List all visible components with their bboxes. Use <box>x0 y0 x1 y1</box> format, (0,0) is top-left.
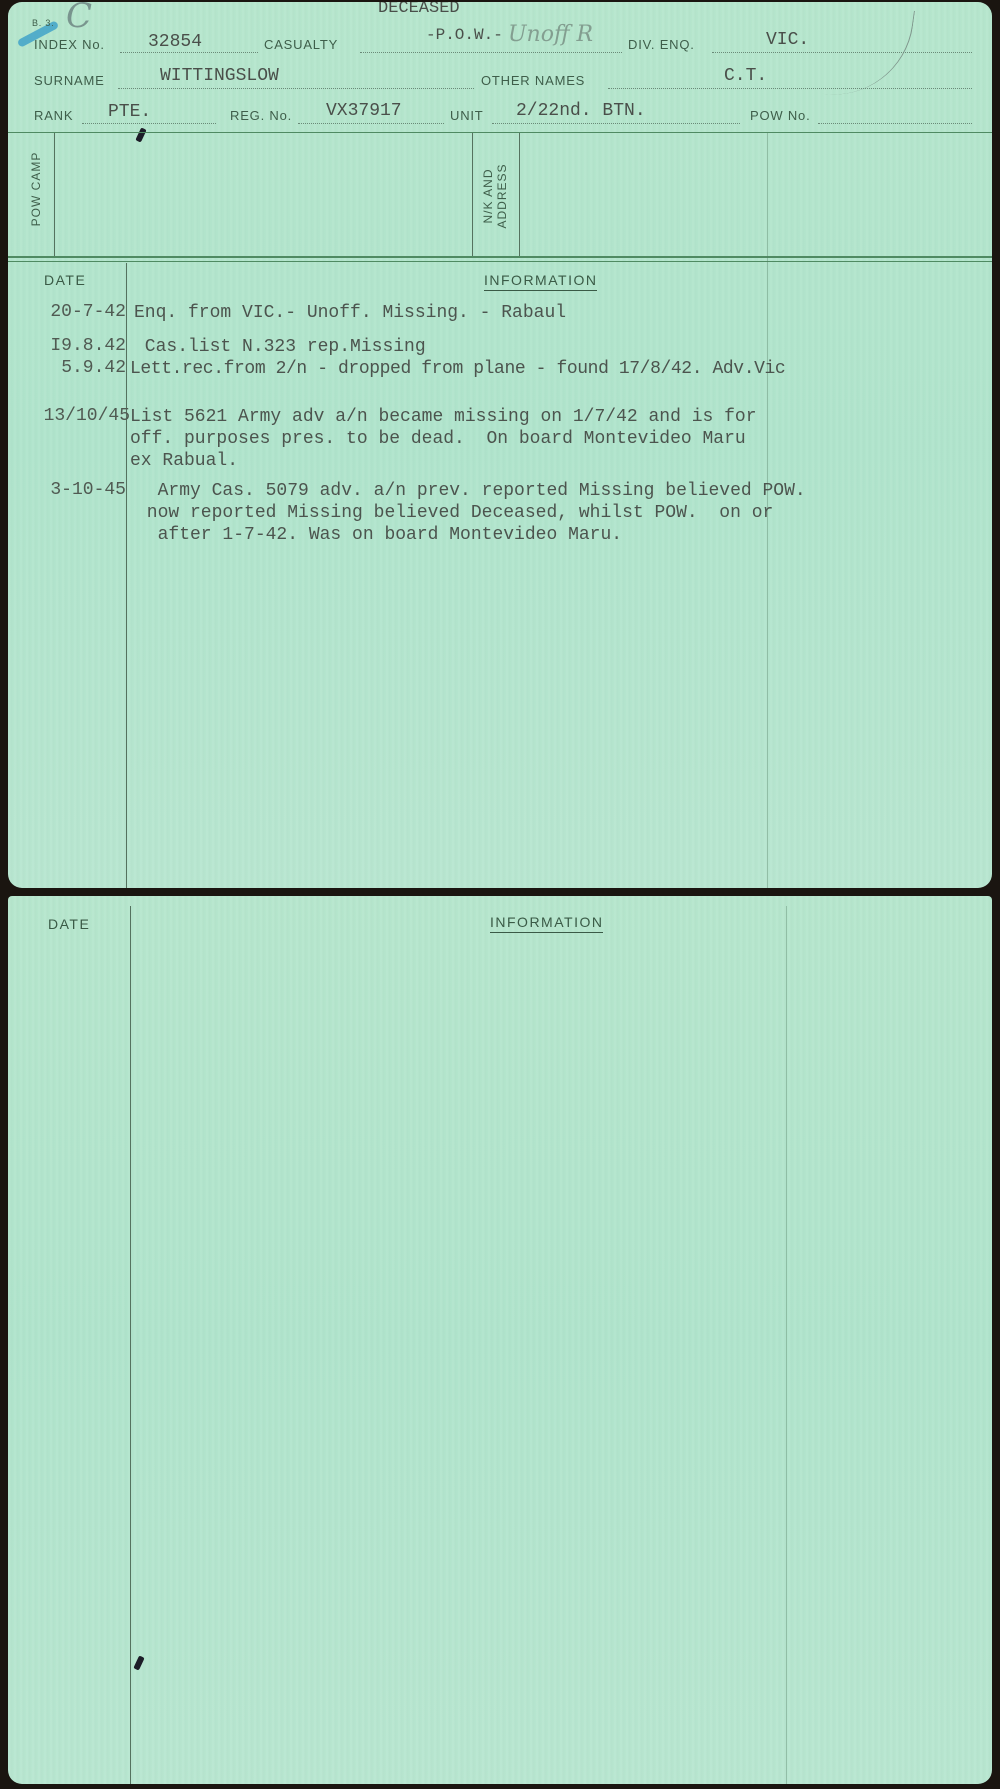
nk-address-label: N/K AND ADDRESS <box>481 151 509 241</box>
unit-line <box>492 123 740 124</box>
casualty-label: CASUALTY <box>264 37 338 52</box>
pow-no-label: POW No. <box>750 108 811 123</box>
pow-camp-label: POW CAMP <box>29 149 43 229</box>
date-column-rule <box>130 906 131 1784</box>
back-date-header: DATE <box>48 916 90 932</box>
table-row: 13/10/45 <box>8 406 126 430</box>
index-no-label: INDEX No. <box>34 37 105 52</box>
table-row: I9.8.42 <box>8 336 126 360</box>
unit-label: UNIT <box>450 108 484 123</box>
staple-mark <box>133 1655 144 1670</box>
surname-label: SURNAME <box>34 73 105 88</box>
nk-address-label-line1: N/K AND <box>481 169 495 224</box>
table-row: 5.9.42 <box>8 358 126 382</box>
rule <box>54 133 55 256</box>
nk-address-label-line2: ADDRESS <box>495 164 509 229</box>
staple-mark <box>135 127 146 142</box>
surname-line <box>118 88 474 89</box>
rank-line <box>82 123 216 124</box>
casualty-value: -P.O.W.- <box>426 26 503 44</box>
index-no-line <box>120 52 258 53</box>
entry-date: 13/10/45 <box>44 406 130 426</box>
entry-text: Army Cas. 5079 adv. a/n prev. reported M… <box>136 480 806 502</box>
div-enq-line <box>712 52 972 53</box>
pencil-curve-mark <box>782 2 915 105</box>
entry-text: Lett.rec.from 2/n - dropped from plane -… <box>130 358 785 380</box>
reg-no-value: VX37917 <box>326 101 402 121</box>
index-no-value: 32854 <box>148 32 202 52</box>
entry-date: 20-7-42 <box>50 302 126 322</box>
surname-value: WITTINGSLOW <box>160 66 279 86</box>
entry-text: Enq. from VIC.- Unoff. Missing. - Rabaul <box>134 302 566 324</box>
pow-no-line <box>818 123 972 124</box>
entry-text: now reported Missing believed Deceased, … <box>136 502 773 524</box>
casualty-pencil-note: Unoff R <box>508 22 593 47</box>
entry-date: 5.9.42 <box>61 358 126 378</box>
date-column-rule <box>126 263 127 888</box>
card-code: B. 3. <box>32 18 55 28</box>
entry-text: off. purposes pres. to be dead. On board… <box>130 428 746 450</box>
rank-label: RANK <box>34 108 73 123</box>
record-card-back: DATE INFORMATION <box>8 896 992 1784</box>
date-header: DATE <box>44 272 86 288</box>
deceased-stamp: DECEASED <box>378 2 460 18</box>
entry-date: I9.8.42 <box>50 336 126 356</box>
faint-column-rule <box>786 906 787 1784</box>
table-row: 20-7-42 <box>8 302 126 326</box>
entry-text: after 1-7-42. Was on board Montevideo Ma… <box>136 524 622 546</box>
pencil-letter: C <box>66 2 92 36</box>
rule <box>8 256 992 258</box>
reg-no-label: REG. No. <box>230 108 292 123</box>
rule <box>519 133 520 256</box>
rule <box>8 261 992 262</box>
rule <box>8 132 992 133</box>
other-names-line <box>608 88 972 89</box>
entry-text: ex Rabual. <box>130 450 238 472</box>
entry-date: 3-10-45 <box>50 480 126 500</box>
div-enq-value: VIC. <box>766 30 809 50</box>
record-card-front: B. 3. C DECEASED INDEX No. 32854 CASUALT… <box>8 2 992 888</box>
div-enq-label: DIV. ENQ. <box>628 37 695 52</box>
table-row: 3-10-45 <box>8 480 126 504</box>
rank-value: PTE. <box>108 102 151 122</box>
information-header: INFORMATION <box>484 272 597 291</box>
other-names-label: OTHER NAMES <box>481 73 585 88</box>
reg-no-line <box>298 123 444 124</box>
back-information-header: INFORMATION <box>490 914 603 933</box>
entry-text: List 5621 Army adv a/n became missing on… <box>130 406 757 428</box>
entry-text: Cas.list N.323 rep.Missing <box>134 336 426 358</box>
rule <box>472 133 473 256</box>
casualty-line <box>360 52 622 53</box>
unit-value: 2/22nd. BTN. <box>516 101 646 121</box>
other-names-value: C.T. <box>724 66 767 86</box>
